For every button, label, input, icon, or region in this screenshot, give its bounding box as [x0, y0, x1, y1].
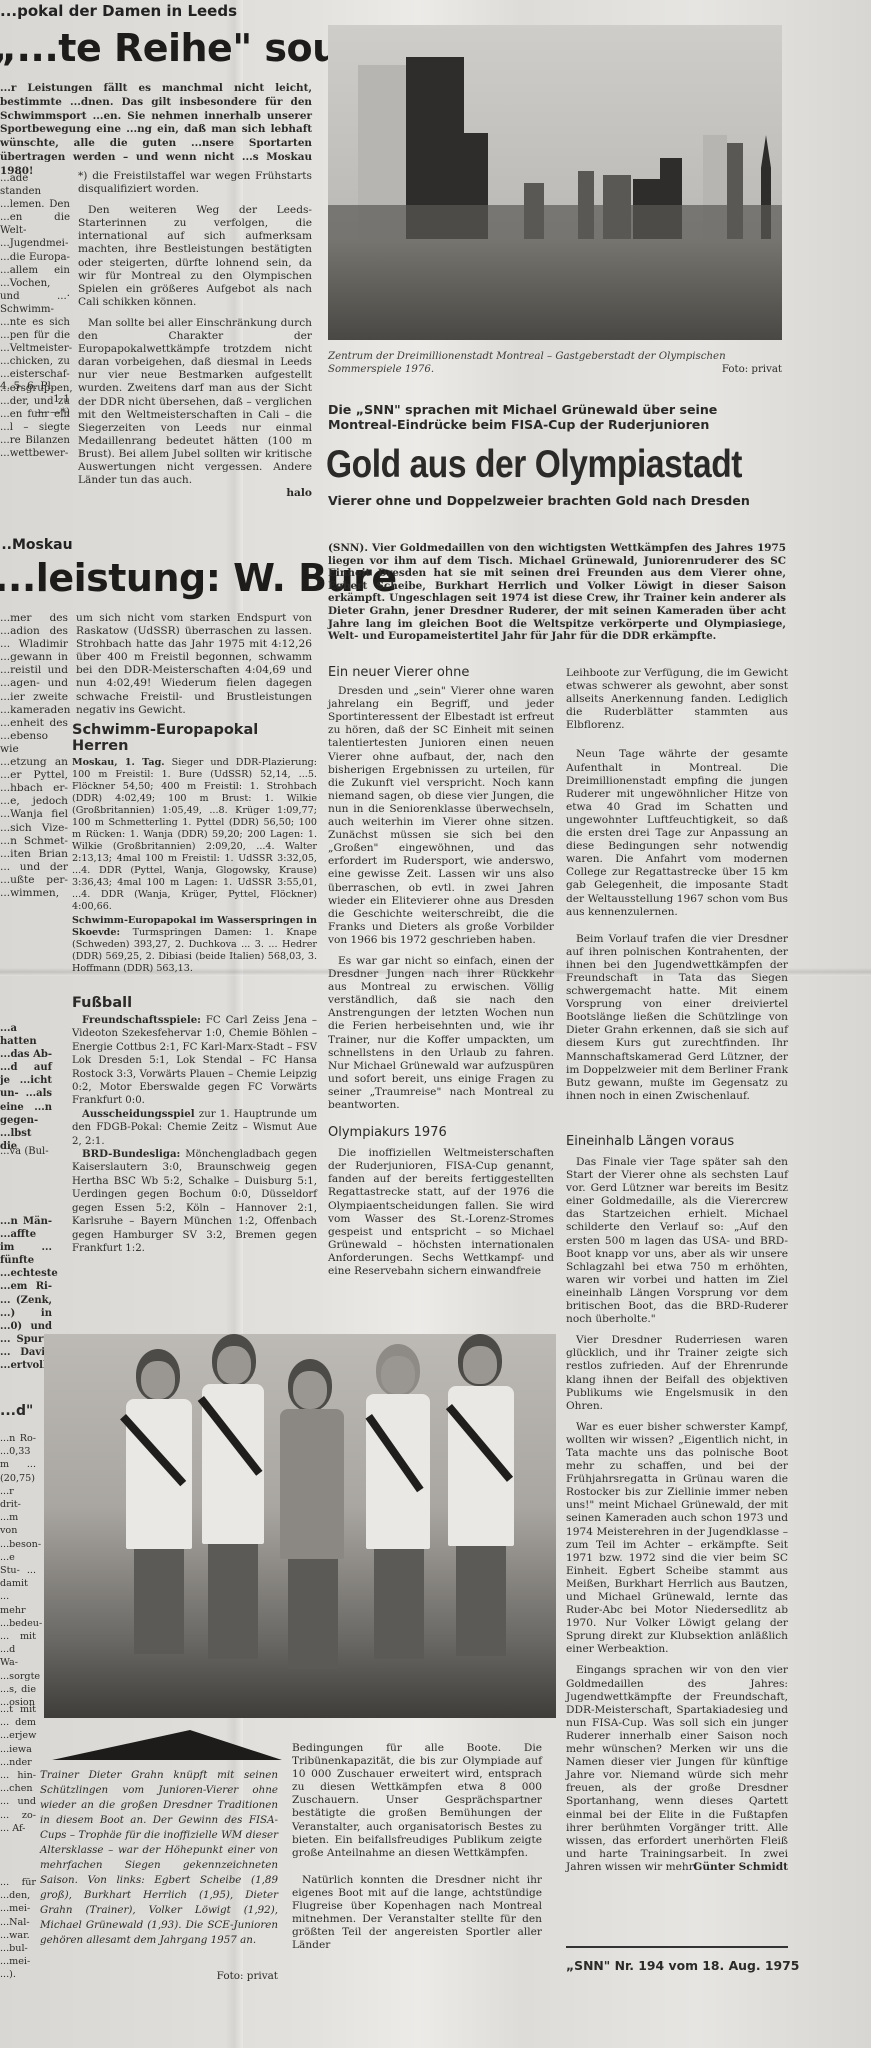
friendly-matches-text: FC Carl Zeiss Jena – Videoton Szekesfehe…	[72, 1015, 317, 1106]
main-article-bottom-column: Bedingungen für alle Boote. Die Tribünen…	[292, 1742, 542, 1960]
paragraph: Eingangs sprachen wir von den vier Goldm…	[566, 1664, 788, 1874]
bure-article-kicker: ...Moskau	[0, 537, 73, 553]
bundesliga-text: Mönchengladbach gegen Kaiserslautern 3:0…	[72, 1149, 317, 1254]
cup-lead: Ausscheidungsspiel	[82, 1108, 195, 1120]
team-photo-caption: Trainer Dieter Grahn knüpft mit seinen S…	[40, 1768, 278, 1948]
left-article-column-2: *) die Freistilstaffel war wegen Frühsta…	[78, 170, 312, 500]
paragraph: Den weiteren Weg der Leeds-Starterinnen …	[78, 204, 312, 309]
swim-results-text: Sieger und DDR-Plazierung: 100 m Freisti…	[72, 757, 317, 912]
bure-article-column-2: um sich nicht vom starken Endspurt von R…	[76, 612, 312, 717]
results-table-header: 4. 5. 6. Pl.	[0, 380, 70, 393]
paragraph: Vier Dresdner Ruderriesen waren glücklic…	[566, 1334, 788, 1413]
main-article-overline: Die „SNN" sprachen mit Michael Grünewald…	[328, 403, 788, 432]
author-signature: halo	[78, 487, 312, 500]
footer-rule	[566, 1946, 788, 1948]
bundesliga-lead: BRD-Bundesliga:	[82, 1148, 180, 1160]
paragraph: Bedingungen für alle Boote. Die Tribünen…	[292, 1742, 542, 1860]
paragraph: Es war gar nicht so einfach, einen der D…	[328, 955, 554, 1112]
photo-pointer-shape	[52, 1730, 282, 1760]
left-edge-fragment: ...va (Bul-	[0, 1145, 52, 1158]
paragraph: Leihboote zur Verfügung, die im Gewicht …	[566, 667, 788, 732]
results-table-row: — —*)	[0, 406, 70, 419]
montreal-skyline-photo	[328, 25, 782, 340]
main-article-subheadline: Vierer ohne und Doppelzweier brachten Go…	[328, 493, 750, 508]
sport-results: Schwimm-Europapokal Herren Moskau, 1. Ta…	[72, 722, 317, 1255]
footnote: *) die Freistilstaffel war wegen Frühsta…	[78, 170, 312, 196]
results-table-row: 1 1	[0, 393, 70, 406]
paragraph: Man sollte bei aller Einschränkung durch…	[78, 317, 312, 487]
left-edge-fragment: ... für ...den, ...mei- ...Nal- ...war. …	[0, 1876, 36, 1982]
left-edge-fragment: ...a hatten ...das Ab- ...d auf je ...ic…	[0, 1022, 52, 1153]
football-title: Fußball	[72, 995, 317, 1011]
paragraph: Das Finale vier Tage später sah den Star…	[566, 1156, 788, 1326]
paragraph: Dresden und „sein" Vierer ohne waren jah…	[328, 685, 554, 947]
source-line: „SNN" Nr. 194 vom 18. Aug. 1975	[566, 1958, 788, 1973]
main-article-column-2: Leihboote zur Verfügung, die im Gewicht …	[566, 667, 788, 1874]
team-photo-credit: Foto: privat	[200, 1970, 278, 1982]
friendly-matches-lead: Freundschaftsspiele:	[82, 1014, 201, 1026]
paragraph: Neun Tage währte der gesamte Aufenthalt …	[566, 748, 788, 918]
paragraph: Die inoffiziellen Weltmeisterschaften de…	[328, 1147, 554, 1278]
left-edge-fragment: ...n Ro- ...0,33 m ...(20,75) ...r drit-…	[0, 1432, 36, 1709]
section-heading: Ein neuer Vierer ohne	[328, 666, 554, 679]
newspaper-page: ...pokal der Damen in Leeds „...te Reihe…	[0, 0, 871, 2048]
left-article-lead: ...r Leistungen fällt es manchmal nicht …	[0, 82, 312, 179]
main-article-intro: (SNN). Vier Goldmedaillen von den wichti…	[328, 542, 786, 643]
rowing-team-photo	[44, 1334, 556, 1718]
main-article-column-1: Ein neuer Vierer ohne Dresden und „sein"…	[328, 666, 554, 1286]
paragraph: War es euer bisher schwerster Kampf, wol…	[566, 1421, 788, 1657]
paragraph: Natürlich konnten die Dresdner nicht ihr…	[292, 1874, 542, 1953]
left-article-kicker: ...pokal der Damen in Leeds	[0, 2, 320, 20]
bure-article-column-fragment: ...mer des ...adion des ... Wladimir ...…	[0, 612, 68, 900]
paragraph: Beim Vorlauf trafen die vier Dresdner au…	[566, 933, 788, 1103]
montreal-photo-credit: Foto: privat	[700, 364, 782, 375]
section-heading: Olympiakurs 1976	[328, 1126, 554, 1139]
swim-results-lead: Moskau, 1. Tag.	[72, 757, 165, 768]
section-heading: Eineinhalb Längen voraus	[566, 1135, 788, 1148]
main-article-headline: Gold aus der Olympiastadt	[326, 443, 742, 487]
left-edge-fragment: ...t mit ... dem ...erjew ...iewa ...nde…	[0, 1703, 36, 1835]
swim-results-title: Schwimm-Europapokal Herren	[72, 722, 317, 754]
results-table: 4. 5. 6. Pl. 1 1 — —*)	[0, 380, 70, 419]
left-edge-heading: ...d"	[0, 1403, 33, 1419]
